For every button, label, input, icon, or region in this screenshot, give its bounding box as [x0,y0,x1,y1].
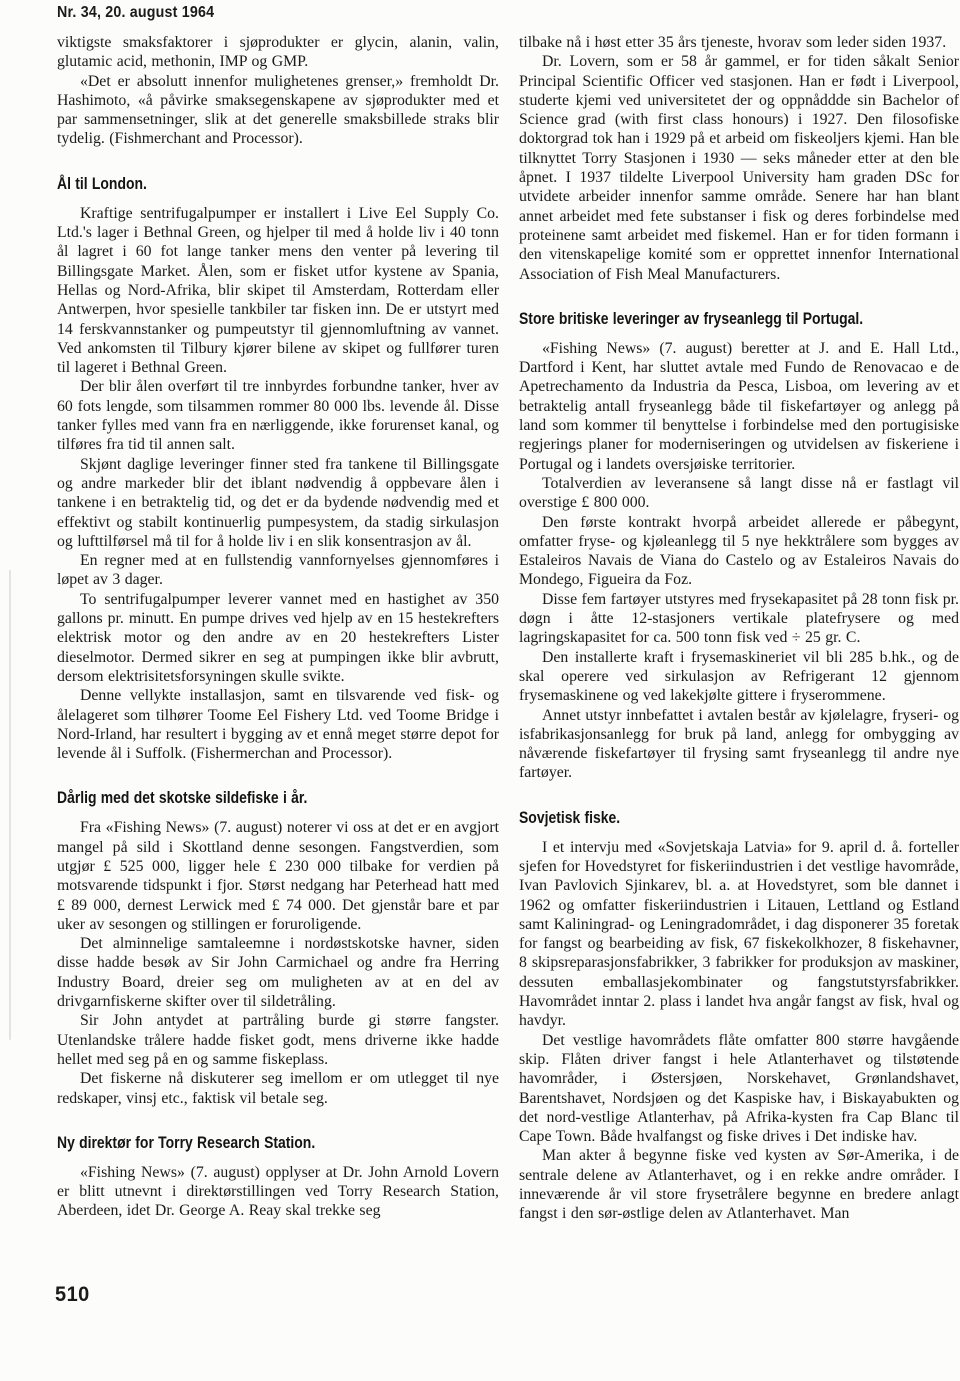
paragraph: Det alminnelige samtaleemne i nordøstsko… [57,934,499,1011]
section-heading: Ål til London. [57,174,419,194]
section-heading: Sovjetisk fiske. [519,808,880,828]
section-heading: Store britiske leveringer av fryseanlegg… [519,309,880,329]
article-section: tilbake nå i høst etter 35 års tjeneste,… [519,33,959,284]
paragraph: tilbake nå i høst etter 35 års tjeneste,… [519,33,959,52]
paragraph: Annet utstyr innbefattet i avtalen bestå… [519,706,959,783]
paragraph: I et intervju med «Sovjetskaja Latvia» f… [519,838,959,1031]
paragraph: Fra «Fishing News» (7. august) noterer v… [57,818,499,934]
section-heading: Dårlig med det skotske sildefiske i år. [57,788,419,808]
paragraph: Der blir ålen overført til tre innbyrdes… [57,377,499,454]
paragraph: «Det er absolutt innenfor mulighetenes g… [57,72,499,149]
paragraph: Det vestlige havområdets flåte omfatter … [519,1031,959,1147]
paragraph: Den installerte kraft i frysemaskineriet… [519,648,959,706]
paragraph: En regner med at en fullstendig vannforn… [57,551,499,590]
paragraph: Skjønt daglige leveringer finner sted fr… [57,455,499,551]
column-left: viktigste smaksfaktorer i sjøprodukter e… [57,33,499,1221]
paragraph: Dr. Lovern, som er 58 år gammel, er for … [519,52,959,284]
paragraph: Det fiskerne nå diskuterer seg imellom e… [57,1069,499,1108]
scanned-journal-page: Nr. 34, 20. august 1964 viktigste smaksf… [0,0,960,1381]
paragraph: To sentrifugalpumper leverer vannet med … [57,590,499,686]
paragraph: «Fishing News» (7. august) opplyser at D… [57,1163,499,1221]
paragraph: «Fishing News» (7. august) beretter at J… [519,339,959,474]
paragraph: Sir John antydet at partråling burde gi … [57,1011,499,1069]
paragraph: Totalverdien av leveransene så langt dis… [519,474,959,513]
issue-header: Nr. 34, 20. august 1964 [57,4,214,22]
article-section: Dårlig med det skotske sildefiske i år.F… [57,788,499,1107]
scan-edge-artifact [9,570,11,1040]
paragraph: Man akter å begynne fiske ved kysten av … [519,1146,959,1223]
article-section: Sovjetisk fiske.I et intervju med «Sovje… [519,808,959,1224]
paragraph: Denne vellykte installasjon, samt en til… [57,686,499,763]
article-section: viktigste smaksfaktorer i sjøprodukter e… [57,33,499,149]
article-section: Ny direktør for Torry Research Station.«… [57,1133,499,1221]
column-right: tilbake nå i høst etter 35 års tjeneste,… [519,33,959,1224]
section-heading: Ny direktør for Torry Research Station. [57,1133,419,1153]
paragraph: viktigste smaksfaktorer i sjøprodukter e… [57,33,499,72]
article-section: Ål til London.Kraftige sentrifugalpumper… [57,174,499,764]
paragraph: Den første kontrakt hvorpå arbeidet alle… [519,513,959,590]
article-section: Store britiske leveringer av fryseanlegg… [519,309,959,783]
page-number: 510 [55,1283,90,1307]
paragraph: Disse fem fartøyer utstyres med frysekap… [519,590,959,648]
paragraph: Kraftige sentrifugalpumper er installert… [57,204,499,378]
